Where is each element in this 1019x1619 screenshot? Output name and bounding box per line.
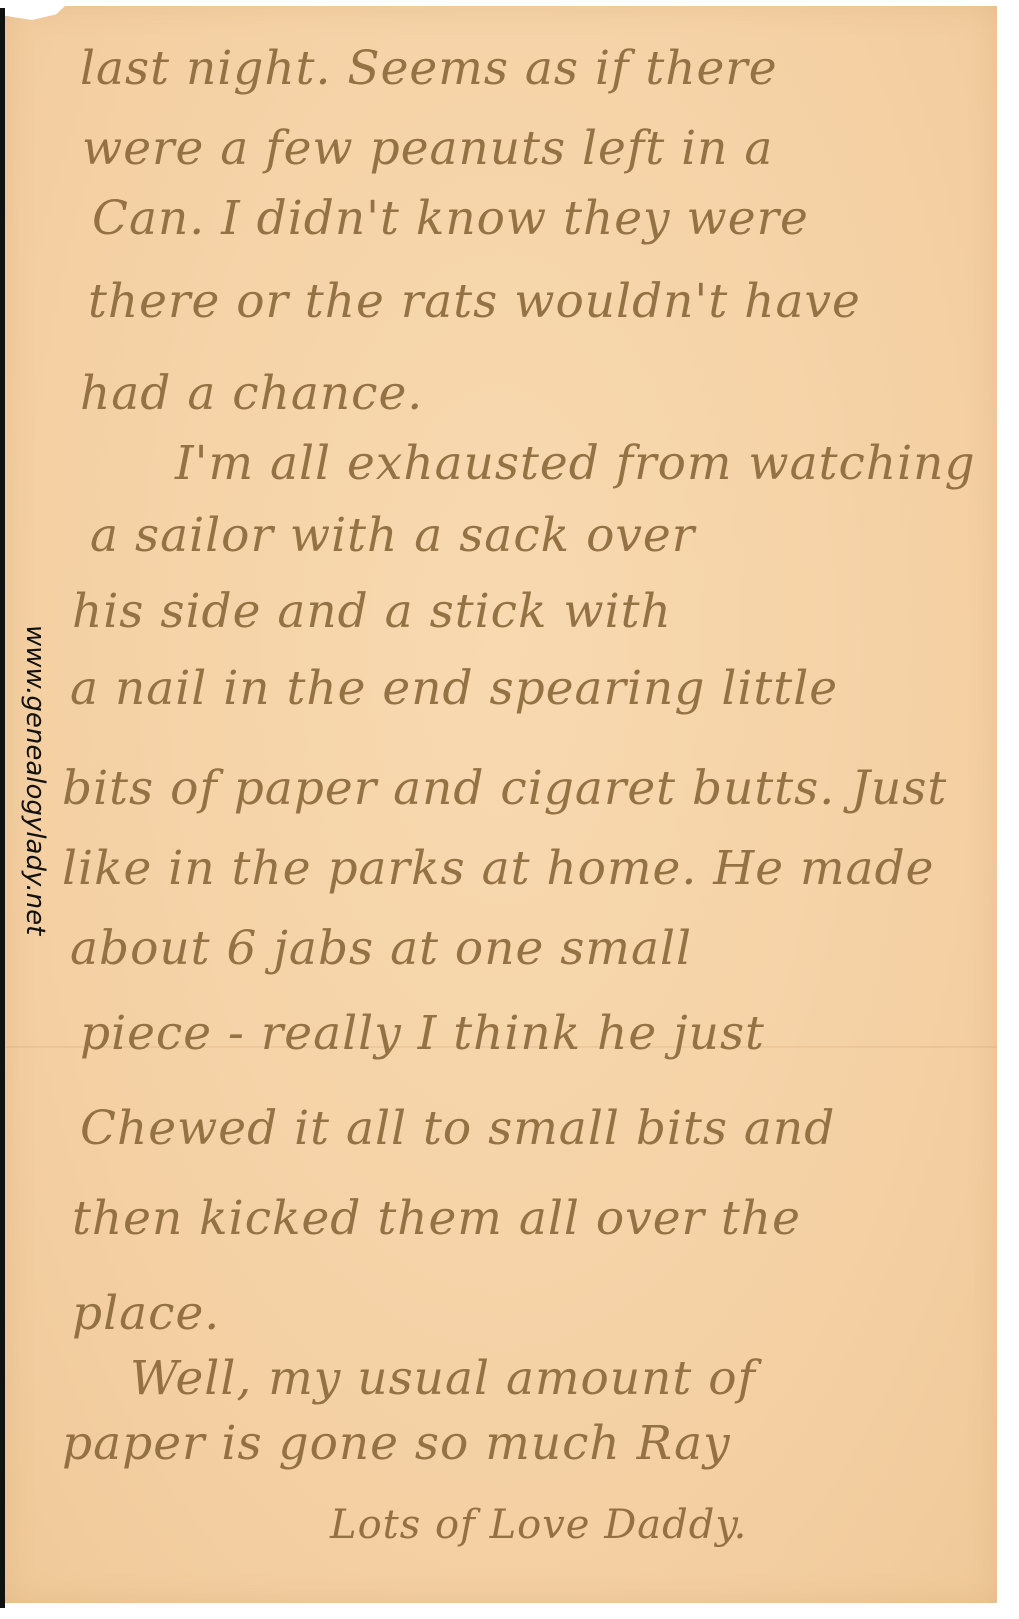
- letter-line: were a few peanuts left in a: [82, 125, 773, 172]
- watermark: www.genealogylady.net: [20, 625, 50, 985]
- letter-line: paper is gone so much Ray: [62, 1420, 731, 1467]
- letter-line: then kicked them all over the: [72, 1195, 801, 1242]
- letter-line: Chewed it all to small bits and: [80, 1105, 835, 1152]
- letter-line: had a chance.: [80, 370, 423, 417]
- letter-line: last night. Seems as if there: [80, 45, 778, 92]
- signature: Lots of Love Daddy.: [330, 1505, 747, 1545]
- letter-line: place.: [72, 1290, 220, 1337]
- letter-line: like in the parks at home. He made: [62, 845, 934, 892]
- letter-line: I'm all exhausted from watching: [175, 440, 976, 487]
- letter-line: his side and a stick with: [72, 588, 672, 635]
- letter-line: Well, my usual amount of: [130, 1355, 756, 1402]
- letter-line: a sailor with a sack over: [90, 512, 695, 559]
- letter-line: piece - really I think he just: [80, 1010, 765, 1057]
- letter-line: bits of paper and cigaret butts. Just: [62, 765, 947, 812]
- letter-line: there or the rats wouldn't have: [88, 278, 861, 325]
- letter-line: Can. I didn't know they were: [92, 195, 809, 242]
- letter-line: a nail in the end spearing little: [70, 665, 838, 712]
- letter-line: about 6 jabs at one small: [70, 925, 692, 972]
